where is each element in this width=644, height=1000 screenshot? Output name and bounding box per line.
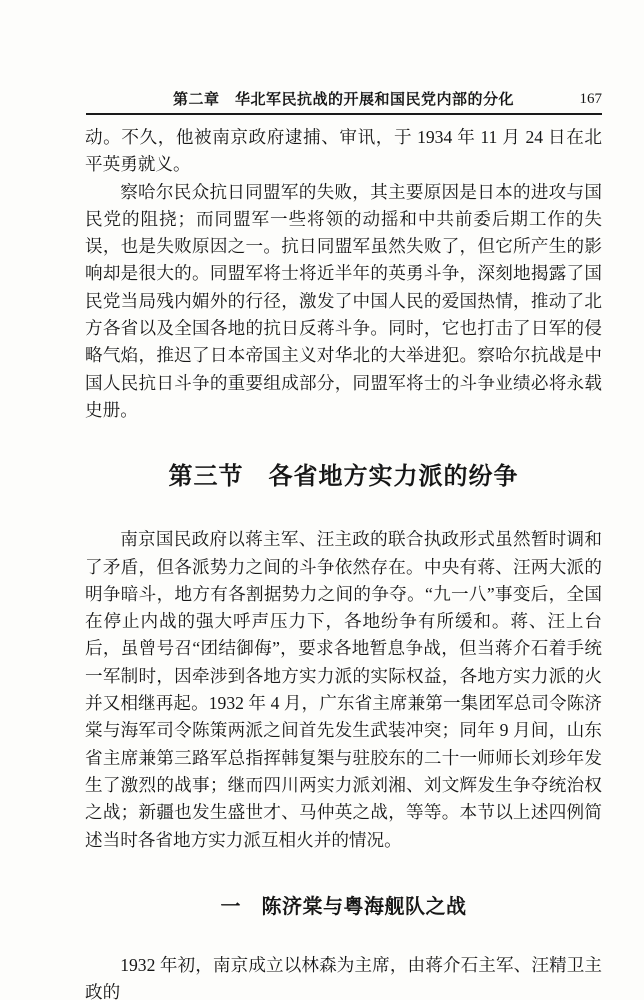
text-column: 动。不久，他被南京政府逮捕、审讯，于 1934 年 11 月 24 日在北平英勇… <box>85 115 602 1000</box>
paragraph-chahar-summary: 察哈尔民众抗日同盟军的失败，其主要原因是日本的进攻与国民党的阻挠；而同盟军一些将… <box>85 179 602 425</box>
subsection-heading: 一 陈济棠与粤海舰队之战 <box>85 892 602 920</box>
section-heading: 第三节 各省地方实力派的纷争 <box>85 458 602 494</box>
page-number: 167 <box>580 88 603 110</box>
book-page: 第二章 华北军民抗战的开展和国民党内部的分化 167 动。不久，他被南京政府逮捕… <box>0 0 644 1000</box>
running-head: 第二章 华北军民抗战的开展和国民党内部的分化 167 <box>85 88 602 110</box>
paragraph-continuation: 动。不久，他被南京政府逮捕、审讯，于 1934 年 11 月 24 日在北平英勇… <box>85 124 602 179</box>
paragraph-factions-overview: 南京国民政府以蒋主军、汪主政的联合执政形式虽然暂时调和了矛盾，但各派势力之间的斗… <box>85 526 602 854</box>
chapter-title: 第二章 华北军民抗战的开展和国民党内部的分化 <box>85 88 602 110</box>
paragraph-1932-nanjing: 1932 年初，南京成立以林森为主席，由蒋介石主军、汪精卫主政的 <box>85 952 602 1000</box>
